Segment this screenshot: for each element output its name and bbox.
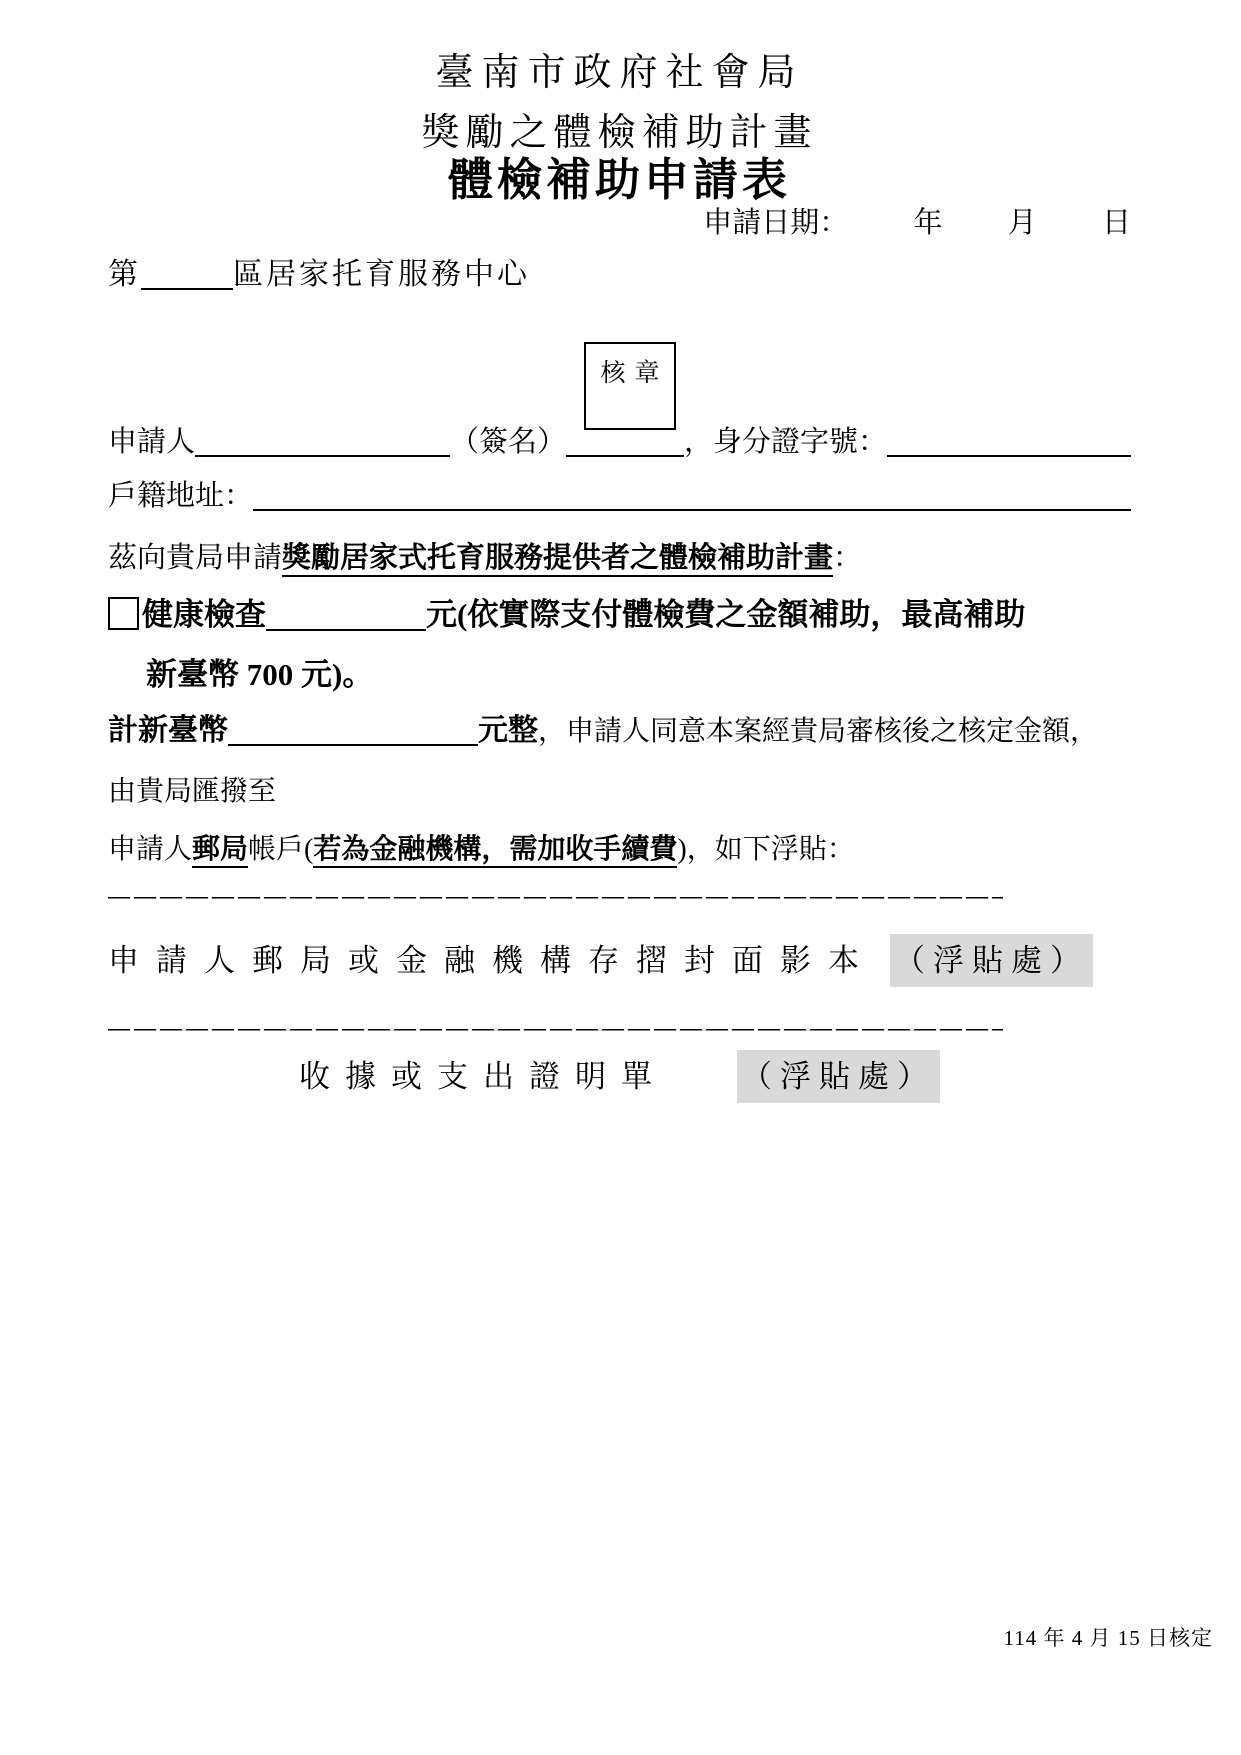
- id-number-blank[interactable]: [887, 454, 1131, 457]
- health-check-checkbox[interactable]: [108, 597, 139, 630]
- post-office-label: 郵局: [192, 834, 248, 868]
- date-year-label: 年: [913, 207, 942, 239]
- request-program-name: 獎勵居家式托育服務提供者之體檢補助計畫: [282, 542, 833, 577]
- transfer-line: 由貴局匯撥至: [108, 774, 1131, 809]
- account-line: 申請人郵局帳戶(若為金融機構，需加收手續費)，如下浮貼：: [108, 832, 1131, 867]
- total-prefix: 計新臺幣: [108, 714, 228, 747]
- account-mid: 帳戶(: [248, 834, 313, 865]
- applicant-name-blank[interactable]: [195, 454, 450, 457]
- passbook-copy-line: 申請人郵局或金融機構存摺封面影本（浮貼處）: [108, 942, 1131, 981]
- approval-date: 114 年 4 月 15 日核定: [1004, 1622, 1213, 1652]
- address-line: 戶籍地址：: [108, 478, 1131, 514]
- date-label: 申請日期：: [703, 207, 848, 239]
- account-suffix: )，如下浮貼：: [677, 834, 854, 865]
- request-suffix: ：: [833, 542, 862, 574]
- health-check-label: 健康檢查: [142, 597, 266, 632]
- date-month-label: 月: [1008, 207, 1037, 239]
- address-blank[interactable]: [253, 508, 1131, 511]
- seal-box[interactable]: 核章: [584, 342, 676, 430]
- request-line: 茲向貴局申請獎勵居家式托育服務提供者之體檢補助計畫：: [108, 540, 1131, 576]
- applicant-line: 申請人 （簽名） ，身分證字號：: [108, 424, 1131, 460]
- fee-note: 若為金融機構，需加收手續費: [313, 834, 677, 868]
- total-amount-blank[interactable]: [228, 743, 478, 746]
- application-date-line: 申請日期： 年 月 日: [108, 205, 1131, 241]
- address-label: 戶籍地址：: [108, 478, 253, 514]
- receipt-line: 收據或支出證明單（浮貼處）: [108, 1058, 1131, 1097]
- health-check-amount-blank[interactable]: [266, 628, 426, 631]
- district-suffix: 區居家托育服務中心: [233, 258, 530, 291]
- date-day-label: 日: [1102, 207, 1131, 239]
- passbook-copy-label: 申請人郵局或金融機構存摺封面影本: [108, 943, 876, 978]
- passbook-paste-area: （浮貼處）: [890, 934, 1093, 987]
- form-title: 體檢補助申請表: [108, 152, 1131, 208]
- divider-dashes: ————————————————————————————————————: [108, 882, 1003, 910]
- application-form-page: 臺南市政府社會局 獎勵之體檢補助計畫 體檢補助申請表 申請日期： 年 月 日 第…: [0, 0, 1241, 1755]
- district-prefix: 第: [108, 258, 141, 291]
- org-title: 臺南市政府社會局: [108, 50, 1131, 98]
- program-title: 獎勵之體檢補助計畫: [108, 110, 1131, 158]
- total-amount-line: 計新臺幣元整，申請人同意本案經貴局審核後之核定金額，: [108, 712, 1131, 750]
- health-check-note-line2: 新臺幣 700 元)。: [146, 656, 1131, 695]
- total-unit: 元整: [478, 714, 538, 747]
- signature-blank[interactable]: [566, 454, 684, 457]
- health-check-note: 元(依實際支付體檢費之金額補助，最高補助: [426, 597, 1025, 632]
- signature-label: （簽名）: [450, 424, 566, 460]
- account-prefix: 申請人: [108, 834, 192, 865]
- applicant-label: 申請人: [108, 424, 195, 460]
- divider-dashes: ————————————————————————————————————: [108, 1014, 1003, 1042]
- service-center-line: 第區居家托育服務中心: [108, 256, 1131, 294]
- health-check-line: 健康檢查元(依實際支付體檢費之金額補助，最高補助: [108, 596, 1131, 635]
- id-number-label: ，身分證字號：: [684, 424, 887, 460]
- total-agreement: ，申請人同意本案經貴局審核後之核定金額，: [538, 716, 1098, 747]
- seal-label: 核章: [600, 360, 668, 387]
- district-number-blank[interactable]: [141, 287, 233, 290]
- receipt-label: 收據或支出證明單: [299, 1059, 667, 1094]
- receipt-paste-area: （浮貼處）: [737, 1050, 940, 1103]
- request-prefix: 茲向貴局申請: [108, 542, 282, 574]
